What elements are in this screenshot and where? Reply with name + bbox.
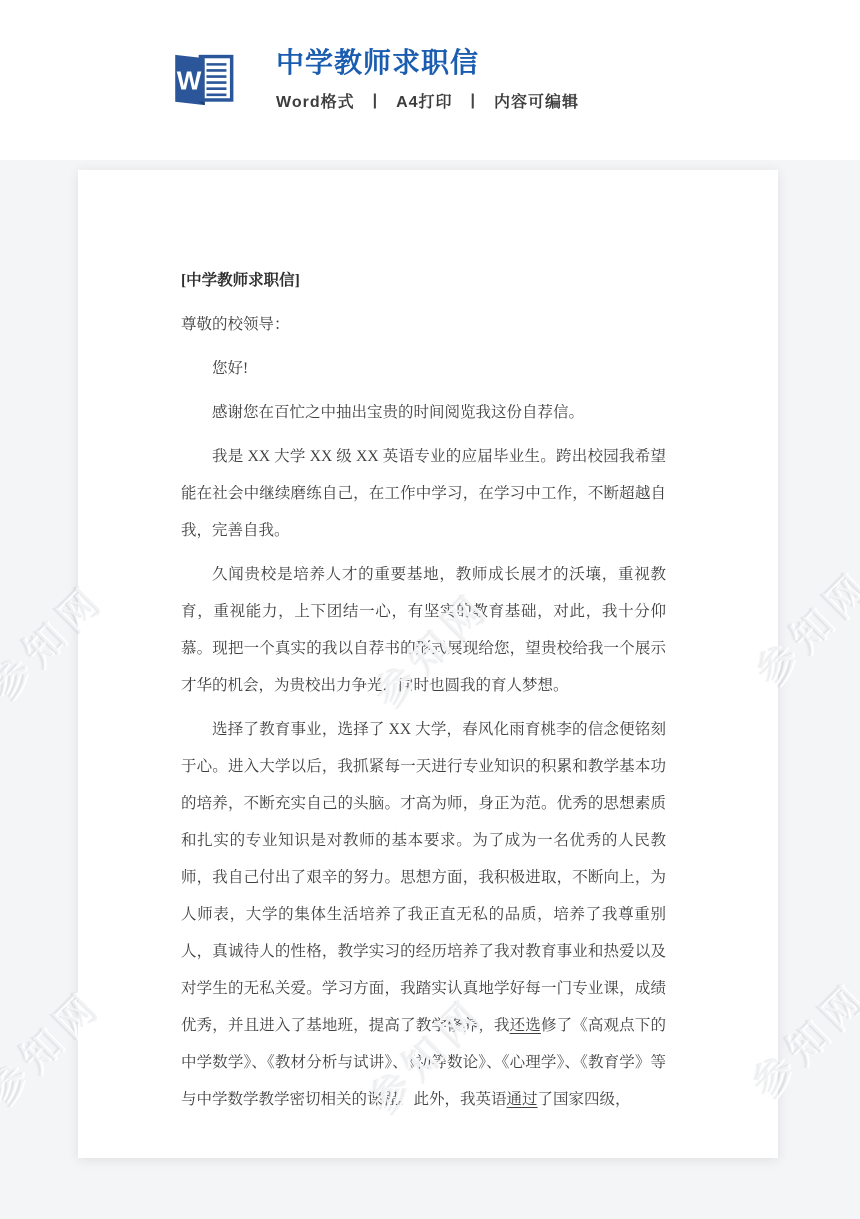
word-icon-letter: W	[177, 66, 202, 96]
doc-paragraph: 您好!	[181, 350, 666, 387]
doc-paragraph: 感谢您在百忙之中抽出宝贵的时间阅览我这份自荐信。	[181, 394, 666, 431]
document-body: [中学教师求职信] 尊敬的校领导： 您好! 感谢您在百忙之中抽出宝贵的时间阅览我…	[78, 170, 778, 1118]
doc-text-segment-underlined: 还选	[510, 1017, 541, 1034]
doc-text-segment: 选择了教育事业，选择了 XX 大学，春风化雨育桃李的信念便铭刻于心。进入大学以后…	[181, 721, 666, 1034]
doc-format-info: Word格式 | A4打印 | 内容可编辑	[276, 89, 579, 112]
site-header: W 中学教师求职信 Word格式 | A4打印 | 内容可编辑	[0, 0, 860, 160]
doc-text-segment-underlined: 通过	[507, 1091, 538, 1108]
format-editable-label: 内容可编辑	[494, 89, 579, 112]
doc-salutation: 尊敬的校领导：	[181, 306, 666, 343]
preview-area: [中学教师求职信] 尊敬的校领导： 您好! 感谢您在百忙之中抽出宝贵的时间阅览我…	[0, 160, 860, 1219]
subtitle-divider: |	[373, 92, 378, 110]
format-word-label: Word格式	[276, 89, 355, 112]
word-document-icon: W	[170, 51, 236, 109]
doc-paragraph: 久闻贵校是培养人才的重要基地，教师成长展才的沃壤，重视教育，重视能力，上下团结一…	[181, 556, 666, 704]
document-preview-page: [中学教师求职信] 尊敬的校领导： 您好! 感谢您在百忙之中抽出宝贵的时间阅览我…	[78, 170, 778, 1158]
page-title: 中学教师求职信	[276, 48, 579, 79]
doc-paragraph: 我是 XX 大学 XX 级 XX 英语专业的应届毕业生。跨出校园我希望能在社会中…	[181, 438, 666, 549]
doc-heading: [中学教师求职信]	[181, 262, 666, 299]
format-a4-label: A4打印	[396, 89, 452, 112]
doc-text-segment: 了国家四级，	[538, 1091, 631, 1108]
subtitle-divider: |	[471, 92, 476, 110]
doc-long-paragraph: 选择了教育事业，选择了 XX 大学，春风化雨育桃李的信念便铭刻于心。进入大学以后…	[181, 711, 666, 1118]
